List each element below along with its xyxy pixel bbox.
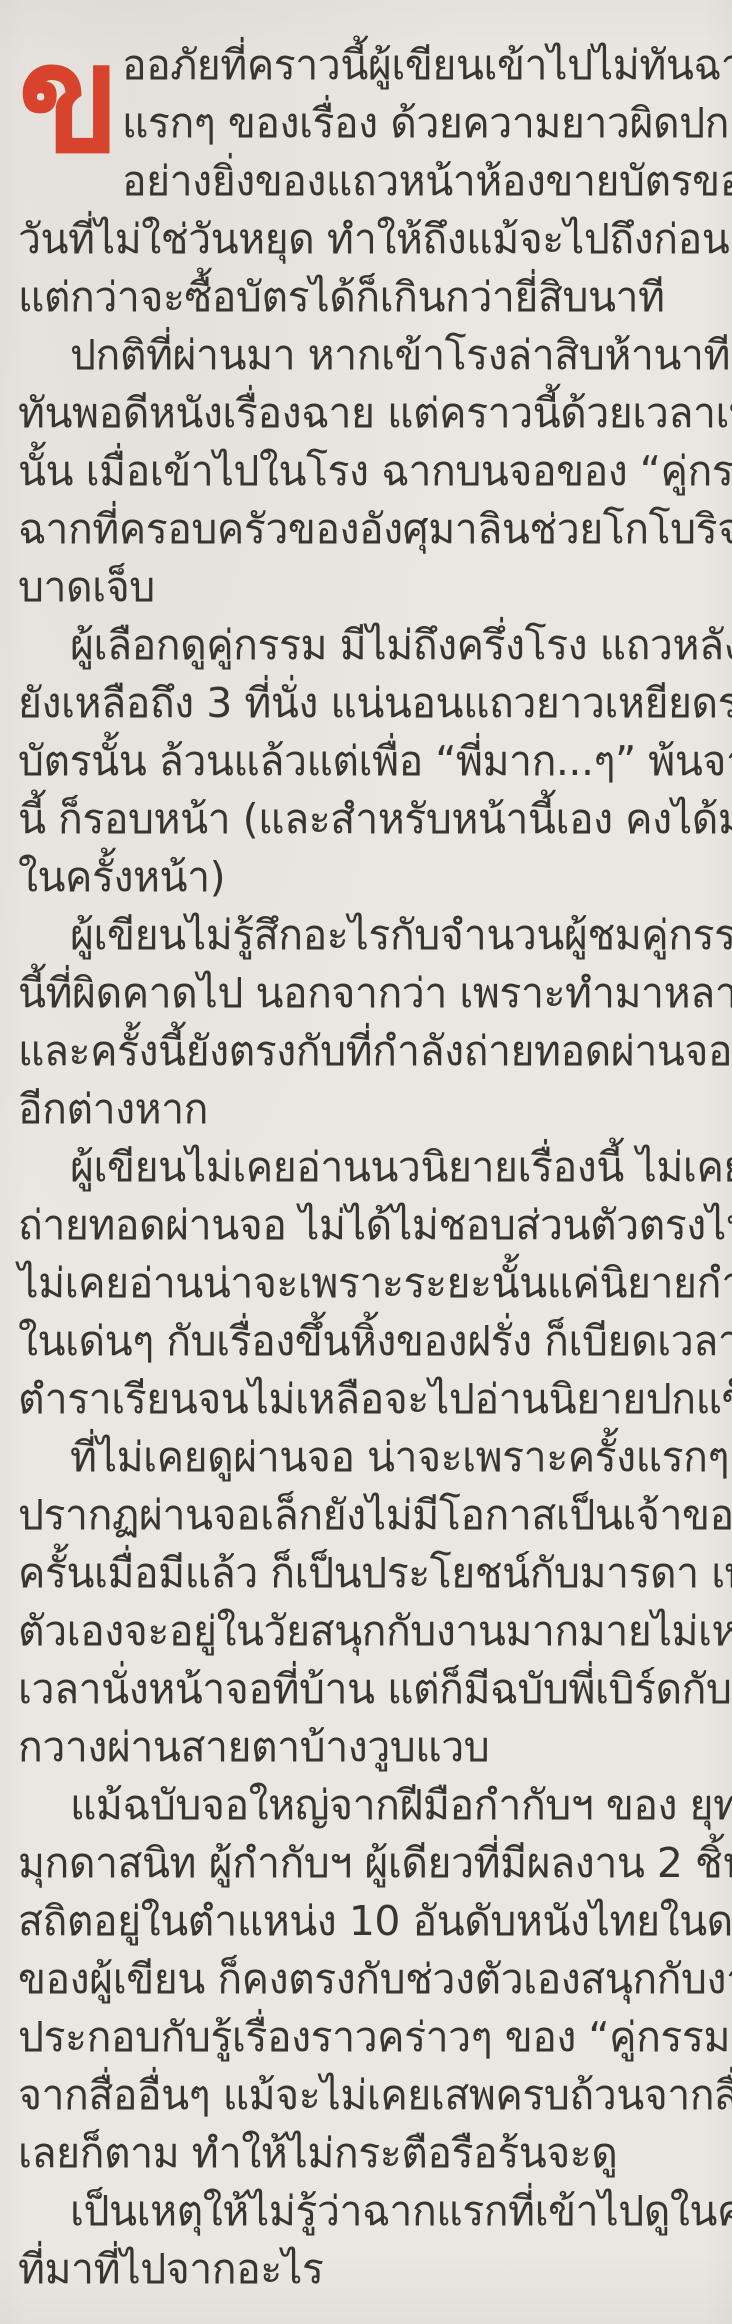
text-line: ครั้นเมื่อมีแล้ว ก็เป็นประโยชน์กับมารดา … bbox=[18, 1544, 716, 1602]
text-line: บาดเจ็บ bbox=[18, 558, 716, 616]
text-line: ประกอบกับรู้เรื่องราวคร่าวๆ ของ “คู่กรรม… bbox=[18, 2008, 716, 2066]
text-line: ที่มาที่ไปจากอะไร bbox=[18, 2240, 716, 2298]
text-line: แต่กว่าจะซื้อบัตรได้ก็เกินกว่ายี่สิบนาที bbox=[18, 268, 716, 326]
text-line: ผู้เลือกดูคู่กรรม มีไม่ถึงครึ่งโรง แถวหล… bbox=[18, 616, 716, 674]
drop-cap: ข bbox=[18, 44, 106, 160]
text-line: นั้น เมื่อเข้าไปในโรง ฉากบนจอของ “คู่กรร… bbox=[18, 442, 716, 500]
paragraph: แม้ฉบับจอใหญ่จากฝีมือกำกับฯ ของ ยุทธนามุ… bbox=[18, 1776, 716, 2182]
text-line: เป็นเหตุให้ไม่รู้ว่าฉากแรกที่เข้าไปดูในค… bbox=[18, 2182, 716, 2240]
text-line: นี้ ก็รอบหน้า (และสำหรับหน้านี้เอง คงได้… bbox=[18, 790, 716, 848]
text-line: ถ่ายทอดผ่านจอ ไม่ได้ไม่ชอบส่วนตัวตรงไหน … bbox=[18, 1196, 716, 1254]
text-line: แรกๆ ของเรื่อง ด้วยความยาวผิดปกติ bbox=[18, 94, 716, 152]
text-line: จากสื่ออื่นๆ แม้จะไม่เคยเสพครบถ้วนจากสื่… bbox=[18, 2066, 716, 2124]
text-line: อย่างยิ่งของแถวหน้าห้องขายบัตรของรอบกลาง bbox=[18, 152, 716, 210]
text-line: มุกดาสนิท ผู้กำกับฯ ผู้เดียวที่มีผลงาน 2… bbox=[18, 1834, 716, 1892]
paragraph: ขออภัยที่คราวนี้ผู้เขียนเข้าไปไม่ทันฉากแ… bbox=[18, 36, 716, 326]
text-line: เวลานั่งหน้าจอที่บ้าน แต่ก็มีฉบับพี่เบิร… bbox=[18, 1660, 716, 1718]
article-column: ขออภัยที่คราวนี้ผู้เขียนเข้าไปไม่ทันฉากแ… bbox=[18, 36, 716, 2298]
paragraph: ปกติที่ผ่านมา หากเข้าโรงล่าสิบห้านาที มั… bbox=[18, 326, 716, 616]
text-line: ของผู้เขียน ก็คงตรงกับช่วงตัวเองสนุกกับง… bbox=[18, 1950, 716, 2008]
newspaper-page: ขออภัยที่คราวนี้ผู้เขียนเข้าไปไม่ทันฉากแ… bbox=[0, 0, 732, 2324]
text-line: กวางผ่านสายตาบ้างวูบแวบ bbox=[18, 1718, 716, 1776]
paragraph: ที่ไม่เคยดูผ่านจอ น่าจะเพราะครั้งแรกๆ ที… bbox=[18, 1428, 716, 1776]
paragraph: เป็นเหตุให้ไม่รู้ว่าฉากแรกที่เข้าไปดูในค… bbox=[18, 2182, 716, 2298]
text-line: ผู้เขียนไม่รู้สึกอะไรกับจำนวนผู้ชมคู่กรร… bbox=[18, 906, 716, 964]
text-line: ตัวเองจะอยู่ในวัยสนุกกับงานมากมายไม่เหลื… bbox=[18, 1602, 716, 1660]
paragraph: ผู้เลือกดูคู่กรรม มีไม่ถึงครึ่งโรง แถวหล… bbox=[18, 616, 716, 906]
text-line: ออภัยที่คราวนี้ผู้เขียนเข้าไปไม่ทันฉาก bbox=[18, 36, 716, 94]
paragraph: ผู้เขียนไม่รู้สึกอะไรกับจำนวนผู้ชมคู่กรร… bbox=[18, 906, 716, 1138]
text-line: นี้ที่ผิดคาดไป นอกจากว่า เพราะทำมาหลายคร… bbox=[18, 964, 716, 1022]
text-line: ปรากฏผ่านจอเล็กยังไม่มีโอกาสเป็นเจ้าของท… bbox=[18, 1486, 716, 1544]
text-line: ที่ไม่เคยดูผ่านจอ น่าจะเพราะครั้งแรกๆ ที… bbox=[18, 1428, 716, 1486]
text-line: ตำราเรียนจนไม่เหลือจะไปอ่านนิยายปกแข็งใด… bbox=[18, 1370, 716, 1428]
paragraph: ผู้เขียนไม่เคยอ่านนวนิยายเรื่องนี้ ไม่เค… bbox=[18, 1138, 716, 1428]
text-line: ปกติที่ผ่านมา หากเข้าโรงล่าสิบห้านาที มั… bbox=[18, 326, 716, 384]
text-line: ฉากที่ครอบครัวของอังศุมาลินช่วยโกโบริจาก… bbox=[18, 500, 716, 558]
text-line: วันที่ไม่ใช่วันหยุด ทำให้ถึงแม้จะไปถึงก่… bbox=[18, 210, 716, 268]
text-line: เลยก็ตาม ทำให้ไม่กระตือรือร้นจะดู bbox=[18, 2124, 716, 2182]
text-line: ไม่เคยอ่านน่าจะเพราะระยะนั้นแค่นิยายกำลั… bbox=[18, 1254, 716, 1312]
text-line: อีกต่างหาก bbox=[18, 1080, 716, 1138]
text-line: สถิตอยู่ในตำแหน่ง 10 อันดับหนังไทยในดวงใ… bbox=[18, 1892, 716, 1950]
text-line: ในเด่นๆ กับเรื่องขึ้นหิ้งของฝรั่ง ก็เบีย… bbox=[18, 1312, 716, 1370]
text-line: ในครั้งหน้า) bbox=[18, 848, 716, 906]
text-line: บัตรนั้น ล้วนแล้วแต่เพื่อ “พี่มาก...ๆ” พ… bbox=[18, 732, 716, 790]
text-line: และครั้งนี้ยังตรงกับที่กำลังถ่ายทอดผ่านจ… bbox=[18, 1022, 716, 1080]
text-line: แม้ฉบับจอใหญ่จากฝีมือกำกับฯ ของ ยุทธนา bbox=[18, 1776, 716, 1834]
text-line: ยังเหลือถึง 3 ที่นั่ง แน่นอนแถวยาวเหยียด… bbox=[18, 674, 716, 732]
text-line: ทันพอดีหนังเรื่องฉาย แต่คราวนี้ด้วยเวลาเ… bbox=[18, 384, 716, 442]
text-line: ผู้เขียนไม่เคยอ่านนวนิยายเรื่องนี้ ไม่เค… bbox=[18, 1138, 716, 1196]
